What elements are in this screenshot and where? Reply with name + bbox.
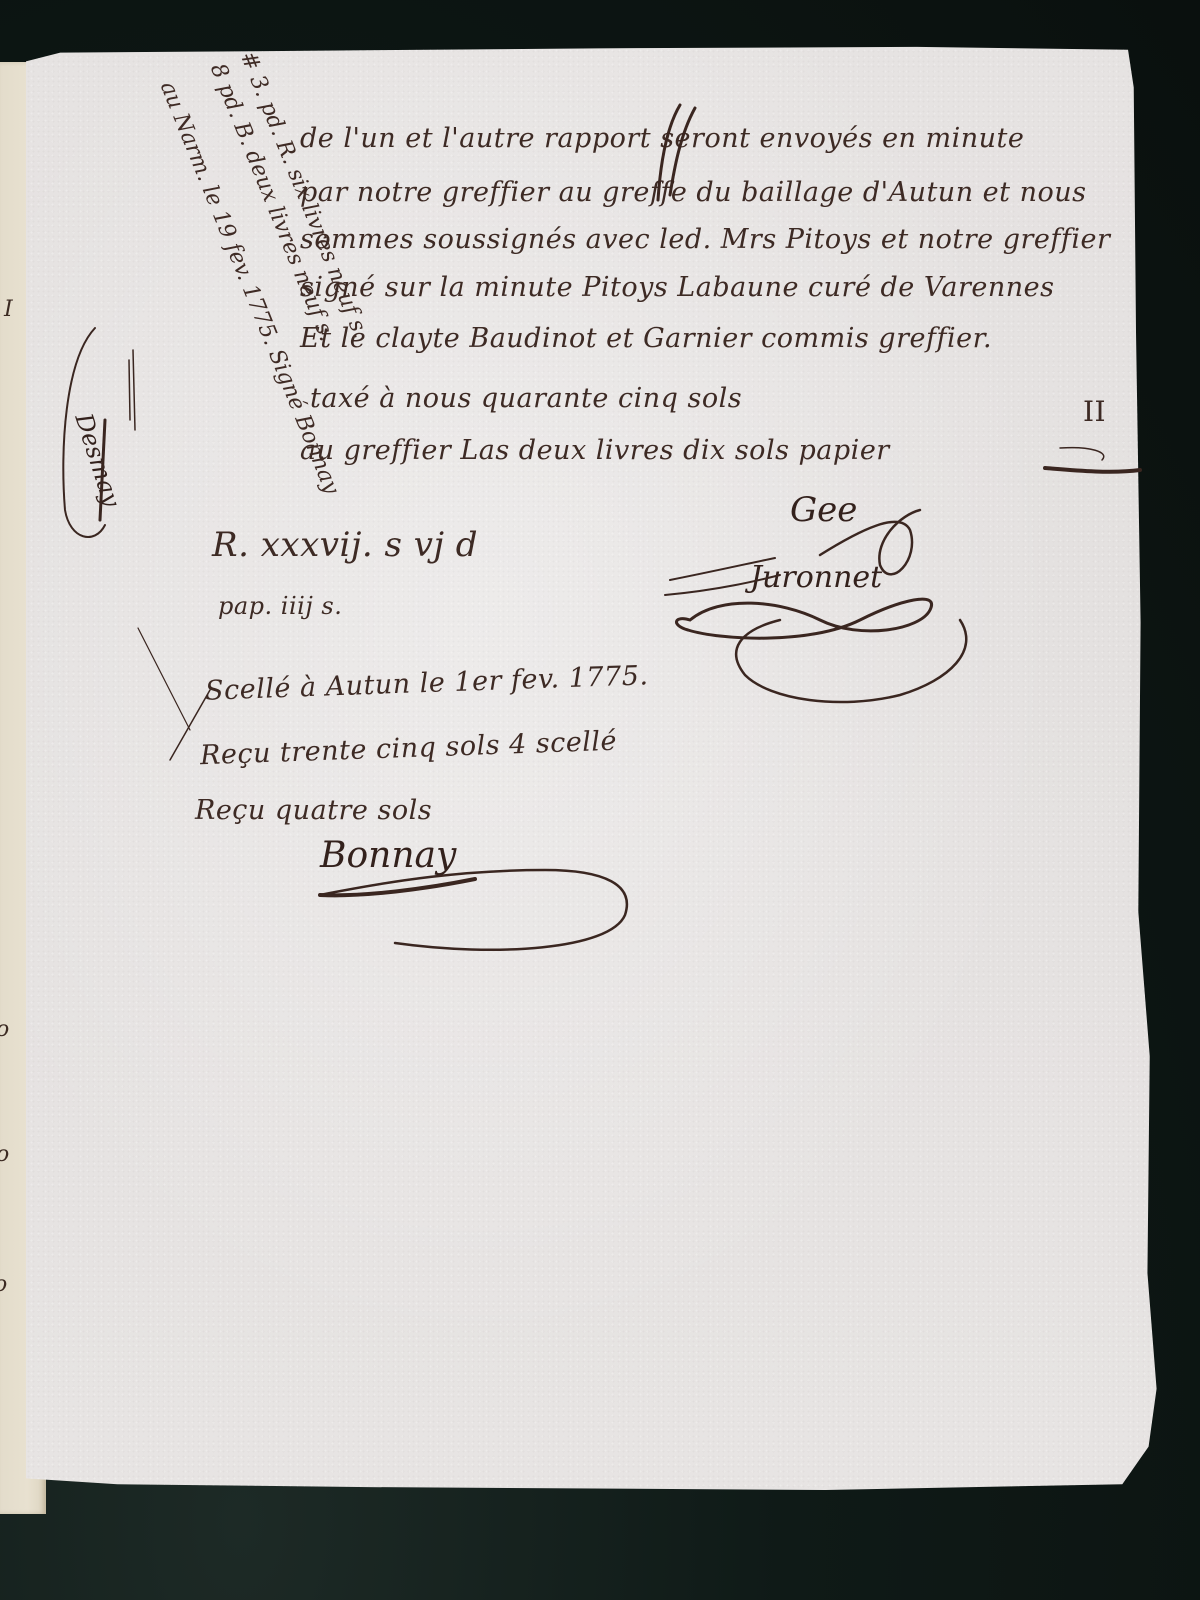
margin-diagonal-stroke [130,620,220,770]
under-page-mark: o [0,1142,9,1167]
left-margin-paraph [55,320,145,550]
text-line-3: sommes soussignés avec led. Mrs Pitoys e… [300,224,1110,255]
page-number-mark: II [1083,395,1106,428]
sum-line: R. xxxvij. s vj d [212,525,478,565]
signature-paraph-right [660,470,990,720]
text-line-6: taxé à nous quarante cinq sols [310,383,742,414]
text-line-4: signé sur la minute Pitoys Labaune curé … [300,272,1055,303]
text-line-7: au greffier Las deux livres dix sols pap… [300,435,890,466]
line-end-flourish [1040,440,1150,480]
seal-line-3: Reçu quatre sols [195,795,432,826]
under-page-mark: o [0,1017,9,1042]
signature-paraph-bottom [315,845,645,965]
paper-tax-line: pap. iiij s. [218,592,342,620]
under-page-mark: o [0,1272,7,1297]
ascender-flourish [640,100,700,210]
under-page-mark: I [4,297,13,322]
text-line-5: Et le clayte Baudinot et Garnier commis … [300,323,992,354]
